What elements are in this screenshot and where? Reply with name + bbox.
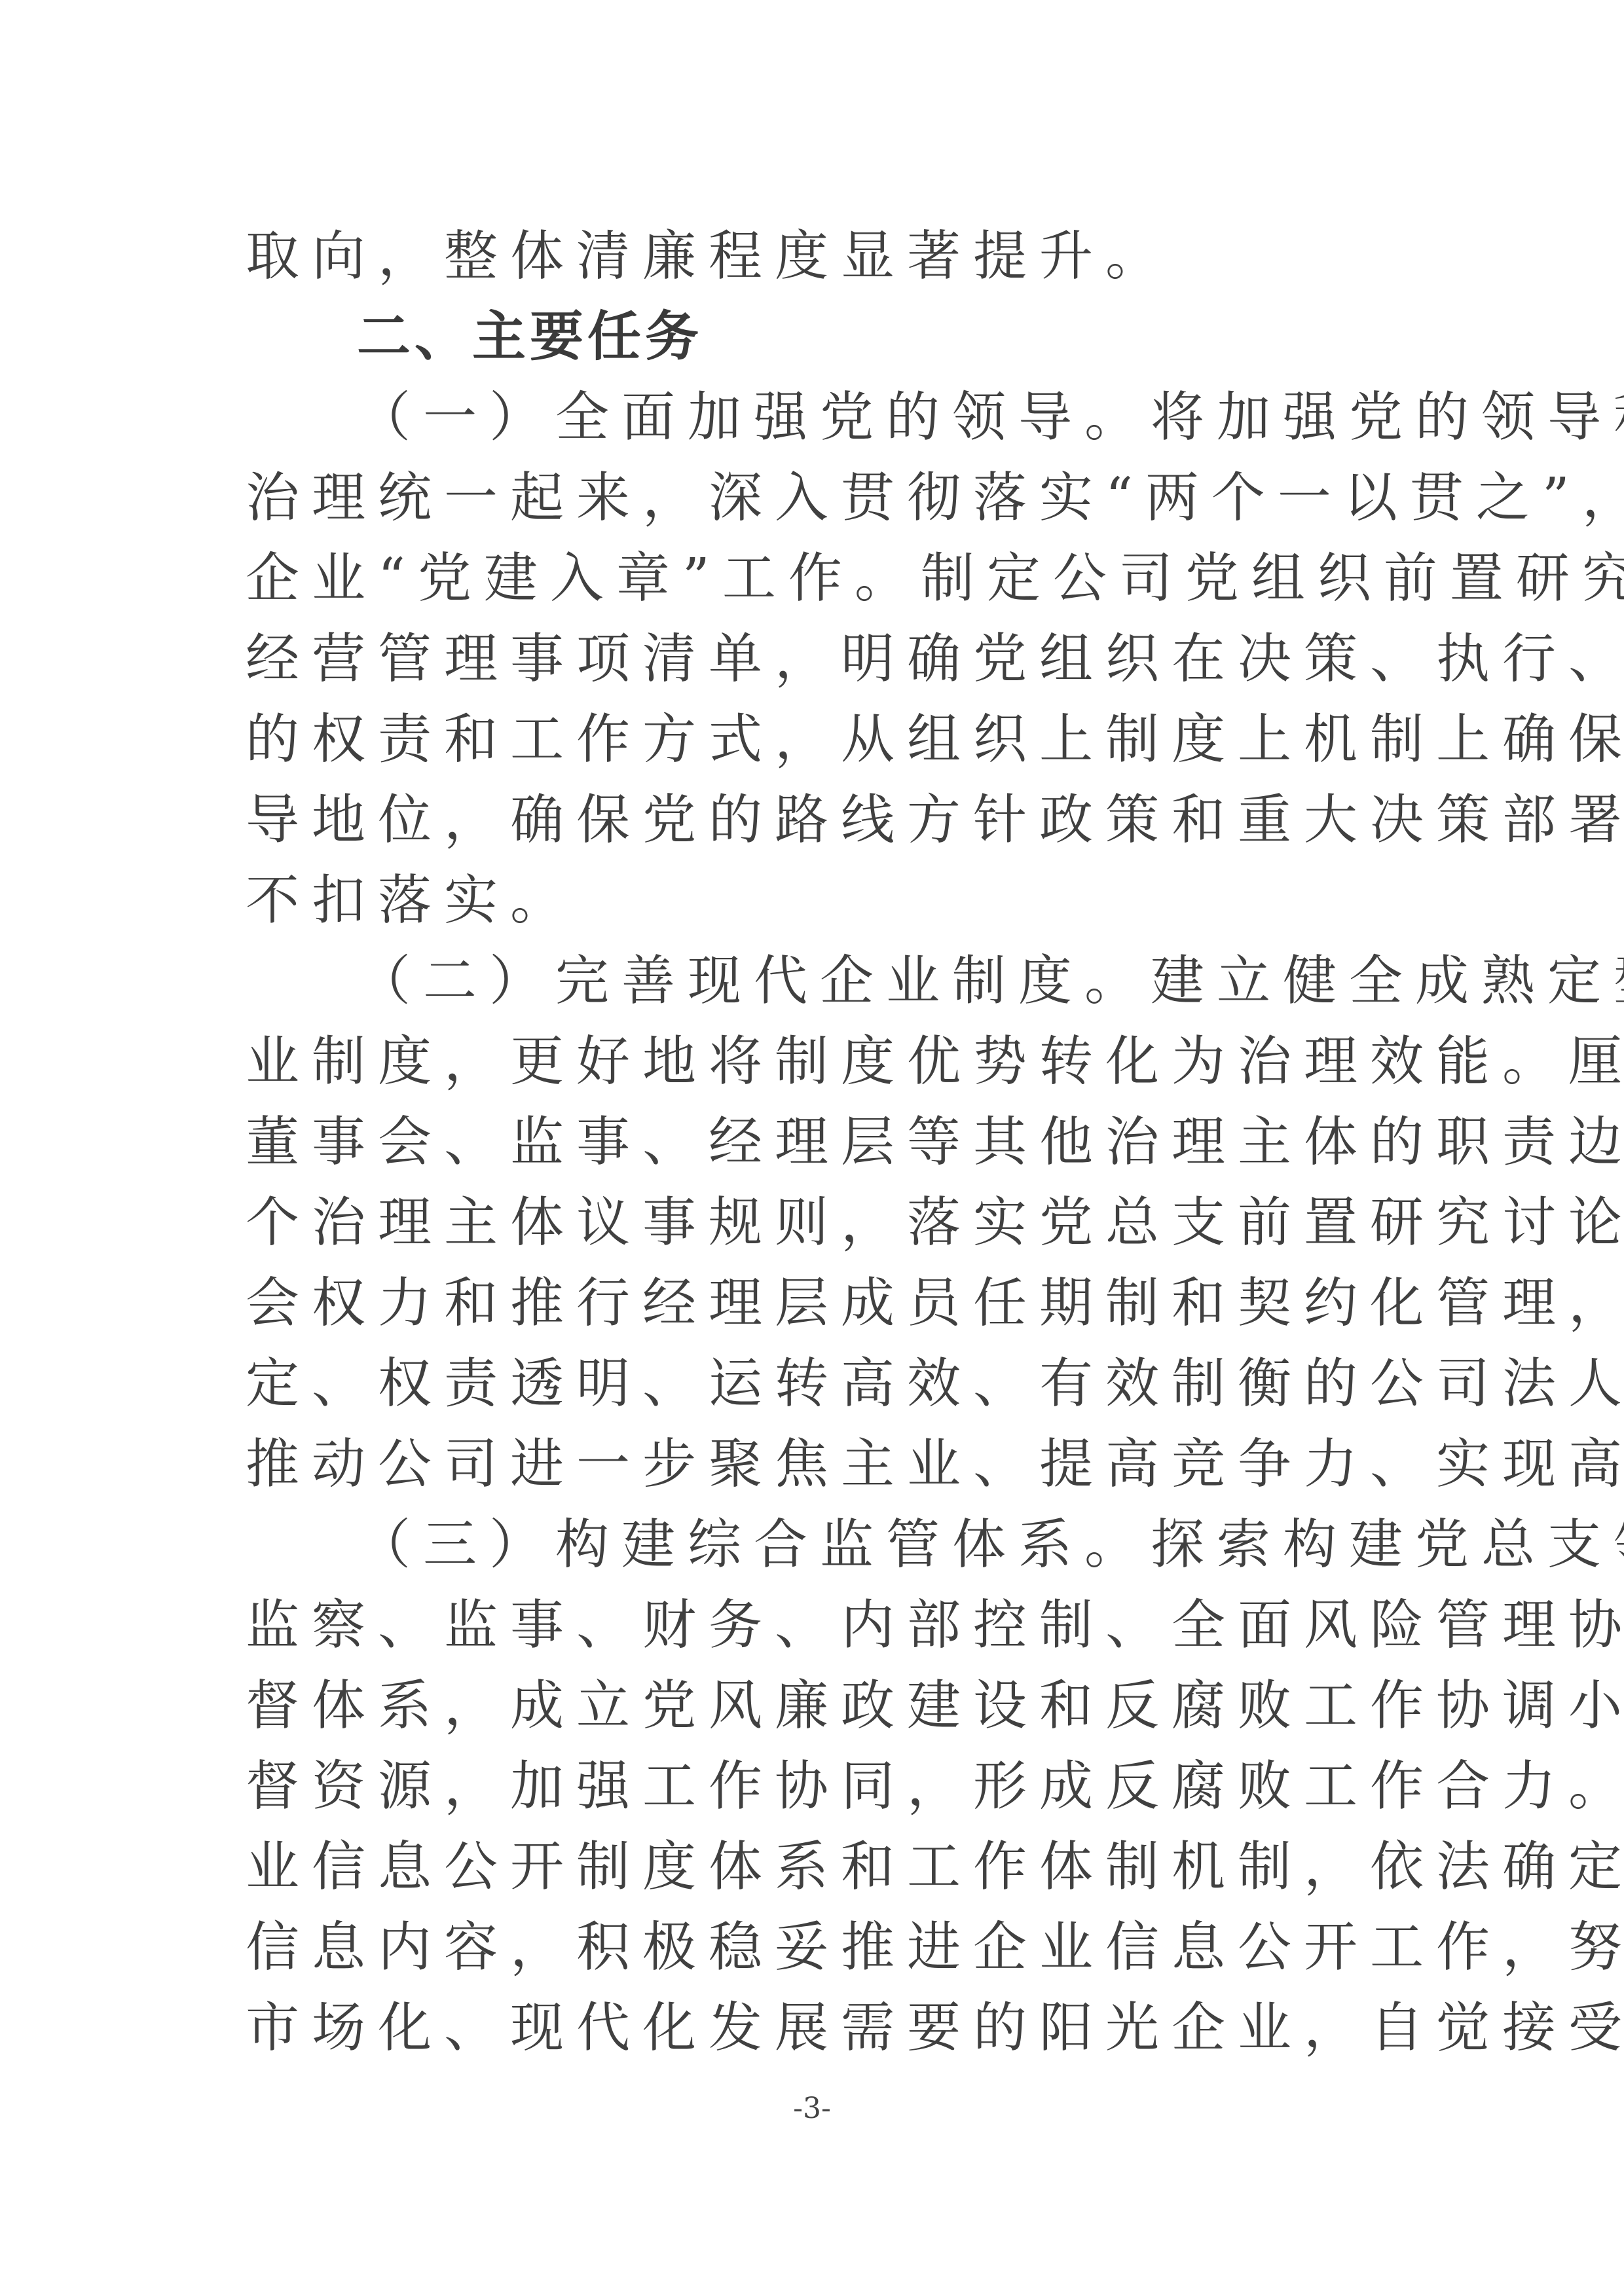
paragraph-line: 的权责和工作方式，从组织上制度上机制上确保党组织的领 [246,699,1382,780]
paragraph-line: 监察、监事、财务、内部控制、全面风险管理协同联动的监 [246,1585,1382,1666]
section-heading: 二、主要任务 [246,297,1382,377]
paragraph-line: 督体系，成立党风廉政建设和反腐败工作协调小组，整合监 [246,1666,1382,1746]
paragraph-line: 信息内容，积极稳妥推进企业信息公开工作，努力打造适应 [246,1907,1382,1988]
paragraph-line: 治理统一起来，深入贯彻落实“两个一以贯之”，全面完成 [246,458,1382,538]
paragraph-line: （三）构建综合监管体系。探索构建党总支领导，纪检 [246,1504,1382,1585]
paragraph-line: 推动公司进一步聚焦主业、提高竞争力、实现高质量发展。 [246,1424,1382,1504]
paragraph-line: 导地位，确保党的路线方针政策和重大决策部署在公司不折 [246,780,1382,860]
paragraph-line: 会权力和推行经理层成员任期制和契约化管理，构建权责法 [246,1263,1382,1343]
paragraph-line: 业制度，更好地将制度优势转化为治理效能。厘清党组织与 [246,1021,1382,1102]
paragraph-line: 董事会、监事、经理层等其他治理主体的职责边界，制定各 [246,1102,1382,1182]
paragraph-line: 经营管理事项清单，明确党组织在决策、执行、监督各环节 [246,619,1382,699]
paragraph-line: 定、权责透明、运转高效、有效制衡的公司法人治理结构， [246,1343,1382,1424]
paragraph-line: 不扣落实。 [246,860,1382,941]
paragraph-line: （一）全面加强党的领导。将加强党的领导和完善公司 [246,377,1382,458]
paragraph-line: 个治理主体议事规则，落实党总支前置研究讨论、规范董事 [246,1182,1382,1263]
paragraph-line: 取向，整体清廉程度显著提升。 [246,216,1382,297]
paragraph-line: 企业“党建入章”工作。制定公司党组织前置研究讨论重大 [246,538,1382,619]
page-number: -3- [0,2092,1624,2125]
paragraph-line: 督资源，加强工作协同，形成反腐败工作合力。建立健全企 [246,1746,1382,1827]
document-page: 取向，整体清廉程度显著提升。 二、主要任务 （一）全面加强党的领导。将加强党的领… [246,216,1382,2068]
paragraph-line: 市场化、现代化发展需要的阳光企业，自觉接受有关部门监 [246,1988,1382,2068]
paragraph-line: 业信息公开制度体系和工作体制机制，依法确定主动公开的 [246,1827,1382,1907]
paragraph-line: （二）完善现代企业制度。建立健全成熟定型的现代企 [246,941,1382,1021]
